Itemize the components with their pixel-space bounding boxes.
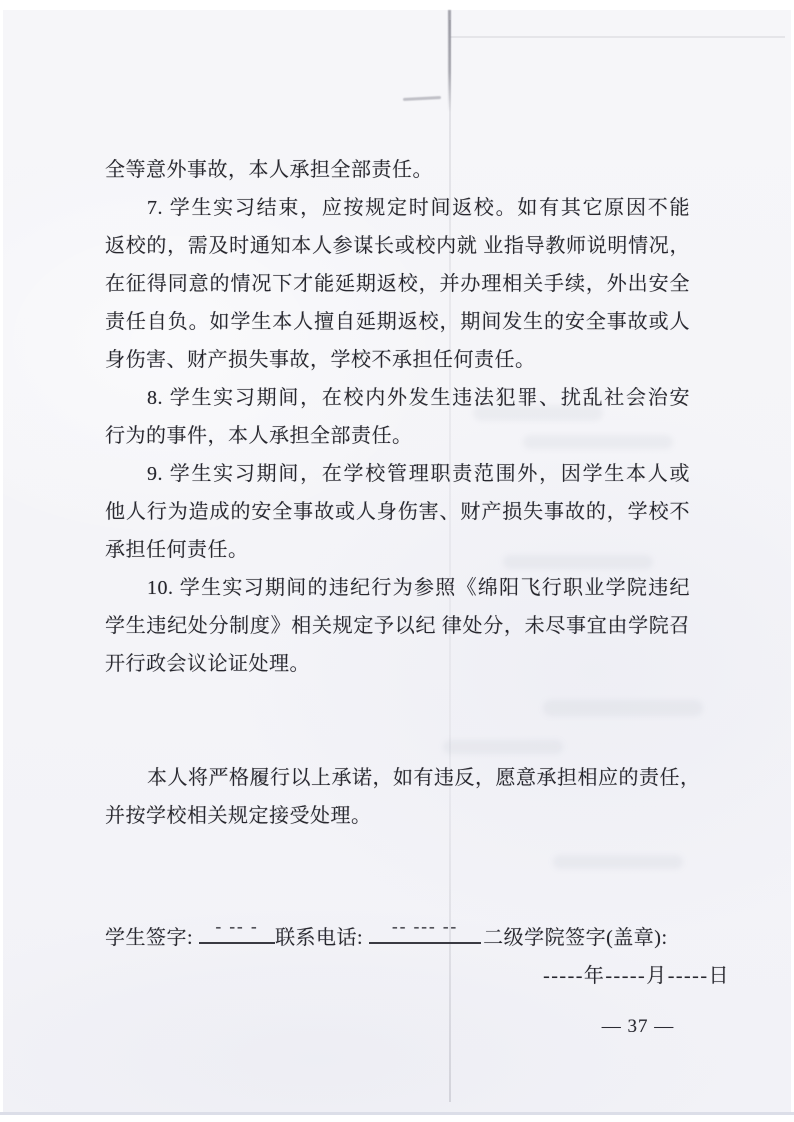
scan-bottom-edge: [0, 1112, 794, 1115]
scanned-page: 全等意外事故，本人承担全部责任。7. 学生实习结束，应按规定时间返校。如有其它原…: [3, 10, 791, 1114]
document-line: 8. 学生实习期间，在校内外发生违法犯罪、扰乱社会治安: [105, 379, 690, 417]
document-line: 他人行为造成的安全事故或人身伤害、财产损失事故的，学校不: [105, 493, 690, 531]
date-blank-line[interactable]: -----年-----月-----日: [105, 957, 730, 995]
signature-row: 学生签字:- -- -联系电话:-- --- --二级学院签字(盖章):: [105, 916, 690, 957]
page-number: — 37 —: [588, 1016, 688, 1038]
document-line: 全等意外事故，本人承担全部责任。: [105, 151, 690, 189]
document-line: 7. 学生实习结束，应按规定时间返校。如有其它原因不能: [105, 189, 690, 227]
document-line: 身伤害、财产损失事故，学校不承担任何责任。: [105, 341, 690, 379]
document-line: 学生违纪处分制度》相关规定予以纪 律处分，未尽事宜由学院召: [105, 607, 690, 645]
document-line: 9. 学生实习期间，在学校管理职责范围外，因学生本人或: [105, 455, 690, 493]
college-signature-label: 二级学院签字(盖章):: [483, 927, 667, 949]
document-content: 全等意外事故，本人承担全部责任。7. 学生实习结束，应按规定时间返校。如有其它原…: [105, 151, 690, 995]
phone-label: 联系电话:: [275, 927, 363, 949]
commitment-line: 并按学校相关规定接受处理。: [105, 797, 690, 835]
document-line: 10. 学生实习期间的违纪行为参照《绵阳飞行职业学院违纪: [105, 569, 690, 607]
document-line: 开行政会议论证处理。: [105, 645, 690, 683]
scan-fold-line-top: [448, 10, 451, 112]
scan-horizontal-line: [450, 36, 785, 38]
commitment-paragraph: 本人将严格履行以上承诺，如有违反，愿意承担相应的责任，并按学校相关规定接受处理。: [105, 759, 690, 835]
document-line: 承担任何责任。: [105, 531, 690, 569]
scan-stray-mark: [403, 96, 441, 101]
student-signature-blank[interactable]: - -- -: [199, 916, 275, 944]
document-line: 在征得同意的情况下才能延期返校，并办理相关手续，外出安全: [105, 265, 690, 303]
document-body: 全等意外事故，本人承担全部责任。7. 学生实习结束，应按规定时间返校。如有其它原…: [105, 151, 690, 683]
student-signature-label: 学生签字:: [105, 927, 193, 949]
document-line: 返校的，需及时通知本人参谋长或校内就 业指导教师说明情况，: [105, 227, 690, 265]
document-line: 行为的事件，本人承担全部责任。: [105, 417, 690, 455]
phone-blank[interactable]: -- --- --: [369, 916, 481, 944]
document-line: 责任自负。如学生本人擅自延期返校，期间发生的安全事故或人: [105, 303, 690, 341]
commitment-line: 本人将严格履行以上承诺，如有违反，愿意承担相应的责任，: [105, 759, 690, 797]
